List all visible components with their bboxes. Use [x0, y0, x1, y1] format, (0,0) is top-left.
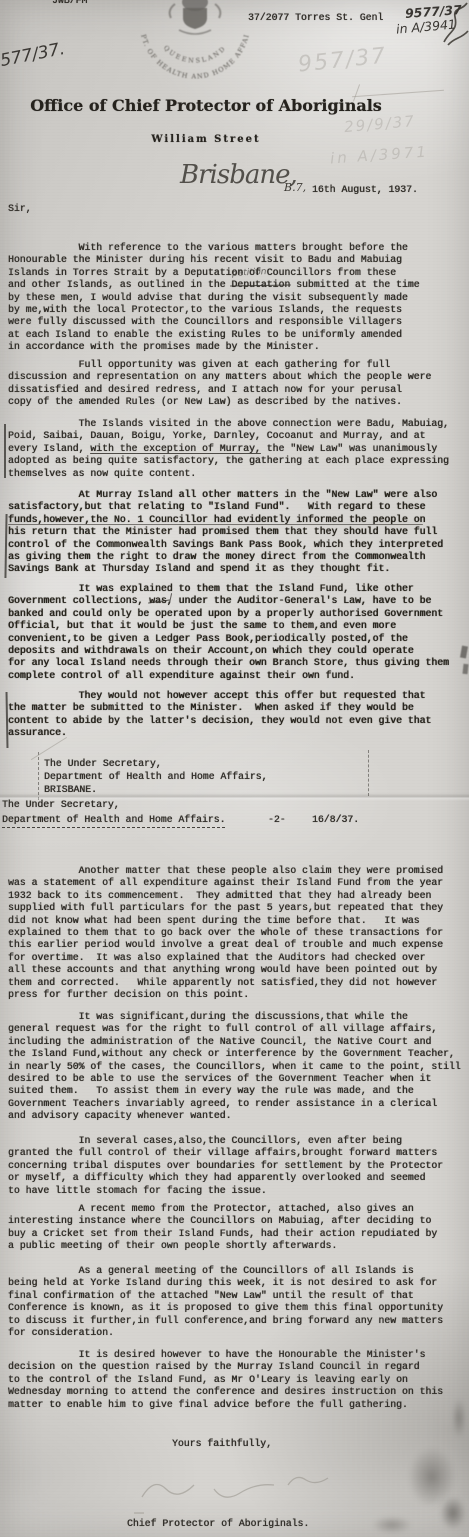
- signature-scribble: [128, 1455, 378, 1517]
- postal-district: B.7,: [284, 181, 306, 194]
- stain-smudge-3: [372, 1516, 412, 1534]
- inside-address-block: The Under Secretary, Department of Healt…: [44, 757, 267, 796]
- paragraph-8: It was significant,during the discussion…: [8, 1011, 461, 1123]
- ink-scribble-top-right: [441, 0, 469, 46]
- margin-line-paragraph-3: [4, 424, 6, 478]
- file-reference-typed: 37/2077 Torres St. Genl: [248, 12, 383, 24]
- paragraph-2: Full opportunity was given at each gathe…: [8, 359, 431, 409]
- pencil-ref-faint: in A/3971: [329, 143, 429, 168]
- stamp-bottom-text: QUEENSLAND: [162, 44, 228, 65]
- paragraph-5: It was explained to them that the Island…: [8, 583, 449, 682]
- paragraph-7: Another matter that these people also cl…: [8, 865, 443, 1001]
- page2-header-date: 16/8/37.: [312, 814, 359, 826]
- edge-ink-dash-1: [460, 646, 468, 659]
- stain-smudge-2: [440, 1496, 466, 1530]
- paragraph-9: In several cases,also,the Councillors, e…: [8, 1135, 443, 1197]
- paragraph-1: With reference to the various matters br…: [8, 242, 420, 354]
- stain-smudge-4: [452, 1398, 466, 1438]
- office-title: Office of Chief Protector of Aboriginals: [0, 96, 412, 115]
- paragraph-3: The Islands visited in the above connect…: [8, 418, 449, 480]
- scanned-letter-page: JWB/FM 37/2077 Torres St. Genl 9577/37 i…: [0, 0, 469, 1537]
- paragraph-12: It is desired however to have the Honour…: [8, 1349, 443, 1411]
- paragraph-11: As a general meeting of the Councillors …: [8, 1265, 443, 1339]
- closing-salutation: Yours faithfully,: [172, 1438, 272, 1450]
- typist-initials: JWB/FM: [52, 0, 87, 7]
- paragraph-4: At Murray Island all other matters in th…: [8, 489, 443, 576]
- margin-line-paragraph-4: [4, 514, 7, 578]
- department-seal-stamp: DEPT. OF HEALTH AND HOME AFFAIRS QUEENSL…: [135, 0, 255, 98]
- paragraph-10: A recent memo from the Protector, attach…: [8, 1203, 437, 1253]
- pencil-date-faint: 29/9/37: [343, 112, 416, 136]
- page2-header-department: Department of Health and Home Affairs.: [2, 814, 225, 828]
- letter-date: 16th August, 1937.: [312, 184, 418, 196]
- salutation: Sir,: [8, 203, 32, 215]
- page2-page-number: -2-: [268, 814, 286, 826]
- city-script: Brisbane,: [180, 160, 297, 190]
- paragraph-6: They would not however accept this offer…: [8, 690, 431, 740]
- handwritten-correction-petition: petition: [232, 267, 267, 279]
- edge-ink-dash-2: [462, 664, 468, 674]
- handwritten-file-number-left: 577/37.: [0, 39, 67, 71]
- fold-mark-right: [368, 750, 369, 796]
- page2-header-addressee: The Under Secretary,: [2, 799, 120, 811]
- signature-title: Chief Protector of Aboriginals.: [127, 1518, 309, 1530]
- svg-text:QUEENSLAND: QUEENSLAND: [162, 44, 228, 65]
- street-address: William Street: [0, 134, 412, 145]
- coat-of-arms-emblem: [170, 0, 221, 34]
- pencil-file-number-faint: 957/37: [297, 43, 389, 77]
